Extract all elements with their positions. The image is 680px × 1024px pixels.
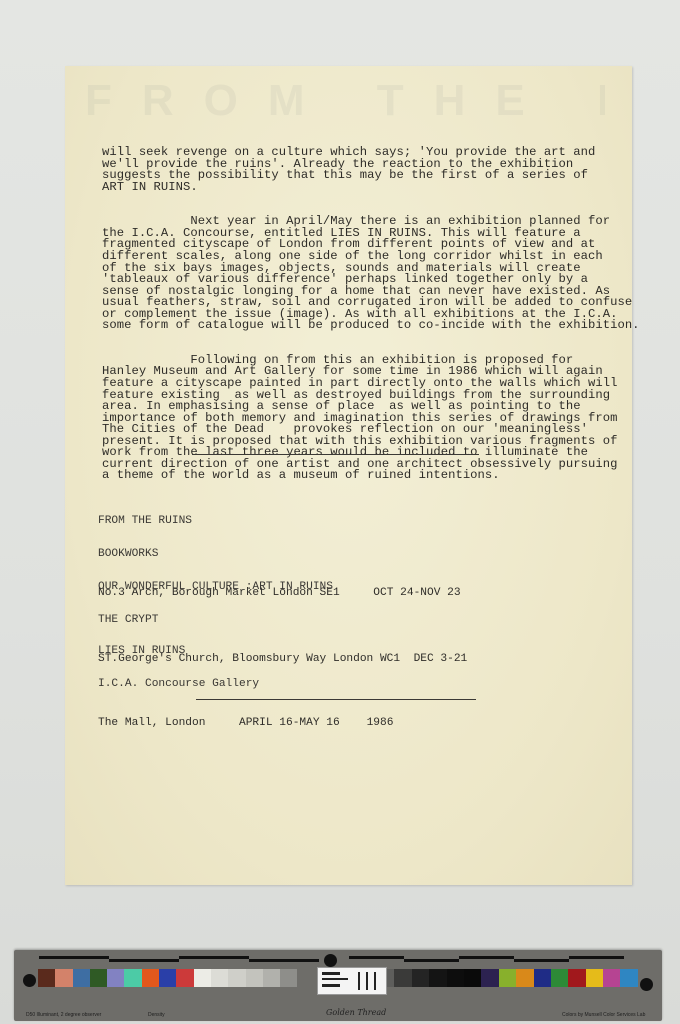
color-swatch [211, 969, 228, 987]
color-swatch [464, 969, 481, 987]
color-swatch [586, 969, 603, 987]
color-swatch [159, 969, 176, 987]
color-swatch [90, 969, 107, 987]
exhibition-dates: DEC 3-21 [414, 653, 468, 665]
color-swatch [73, 969, 90, 987]
exhibition-venue: I.C.A. Concourse Gallery [98, 679, 393, 690]
color-swatch [280, 969, 297, 987]
color-swatch [394, 969, 411, 987]
color-swatch [499, 969, 516, 987]
paragraph-1: will seek revenge on a culture which say… [102, 147, 632, 193]
exhibition-venue: BOOKWORKS [98, 549, 461, 560]
document-page: FROM THE RUINS will seek revenge on a cu… [65, 66, 632, 885]
strip-hole-left [23, 974, 36, 987]
exhibition-title: LIES IN RUINS [98, 646, 393, 657]
color-swatch [534, 969, 551, 987]
separator-line-top [192, 454, 479, 455]
separator-line-bottom [196, 699, 476, 700]
exhibition-dates: APRIL 16-MAY 16 [239, 717, 340, 729]
swatch-value-table [38, 988, 638, 1006]
paragraph-2: Next year in April/May there is an exhib… [102, 216, 632, 331]
color-swatch [38, 969, 55, 987]
brand-label: Golden Thread [326, 1008, 386, 1017]
exhibition-title: FROM THE RUINS [98, 516, 461, 527]
color-swatches-right [377, 969, 638, 987]
color-swatch [246, 969, 263, 987]
strip-hole-right [640, 978, 653, 991]
density-label: Density [148, 1012, 165, 1018]
bleed-through-text: FROM THE RUINS [85, 76, 605, 124]
color-swatch [412, 969, 429, 987]
color-swatch [194, 969, 211, 987]
color-swatch [142, 969, 159, 987]
color-swatch [263, 969, 280, 987]
exhibition-listing: LIES IN RUINS I.C.A. Concourse Gallery T… [98, 624, 393, 751]
paragraph-3: Following on from this an exhibition is … [102, 355, 632, 482]
color-swatch [481, 969, 498, 987]
exhibition-address-line: The Mall, London APRIL 16-MAY 16 1986 [98, 718, 393, 729]
color-swatch [124, 969, 141, 987]
color-swatch [568, 969, 585, 987]
color-swatch [228, 969, 245, 987]
color-swatch [551, 969, 568, 987]
exhibition-title: OUR WONDERFUL CULTURE :ART IN RUINS [98, 582, 467, 593]
color-swatch [176, 969, 193, 987]
color-swatch [107, 969, 124, 987]
color-swatches-left [38, 969, 297, 987]
color-swatch [447, 969, 464, 987]
exhibition-year: 1986 [367, 717, 394, 729]
munsell-label: Colors by Munsell Color Services Lab [562, 1012, 645, 1018]
body-text: will seek revenge on a culture which say… [102, 124, 632, 505]
color-swatch [620, 969, 637, 987]
exhibition-address: The Mall, London [98, 717, 205, 729]
color-swatch [55, 969, 72, 987]
color-swatch [429, 969, 446, 987]
scale-ruler [39, 956, 634, 964]
color-swatch [603, 969, 620, 987]
color-swatch [516, 969, 533, 987]
color-calibration-target: D50 Illuminant, 2 degree observer Densit… [14, 950, 662, 1021]
illuminant-label: D50 Illuminant, 2 degree observer [26, 1012, 101, 1018]
